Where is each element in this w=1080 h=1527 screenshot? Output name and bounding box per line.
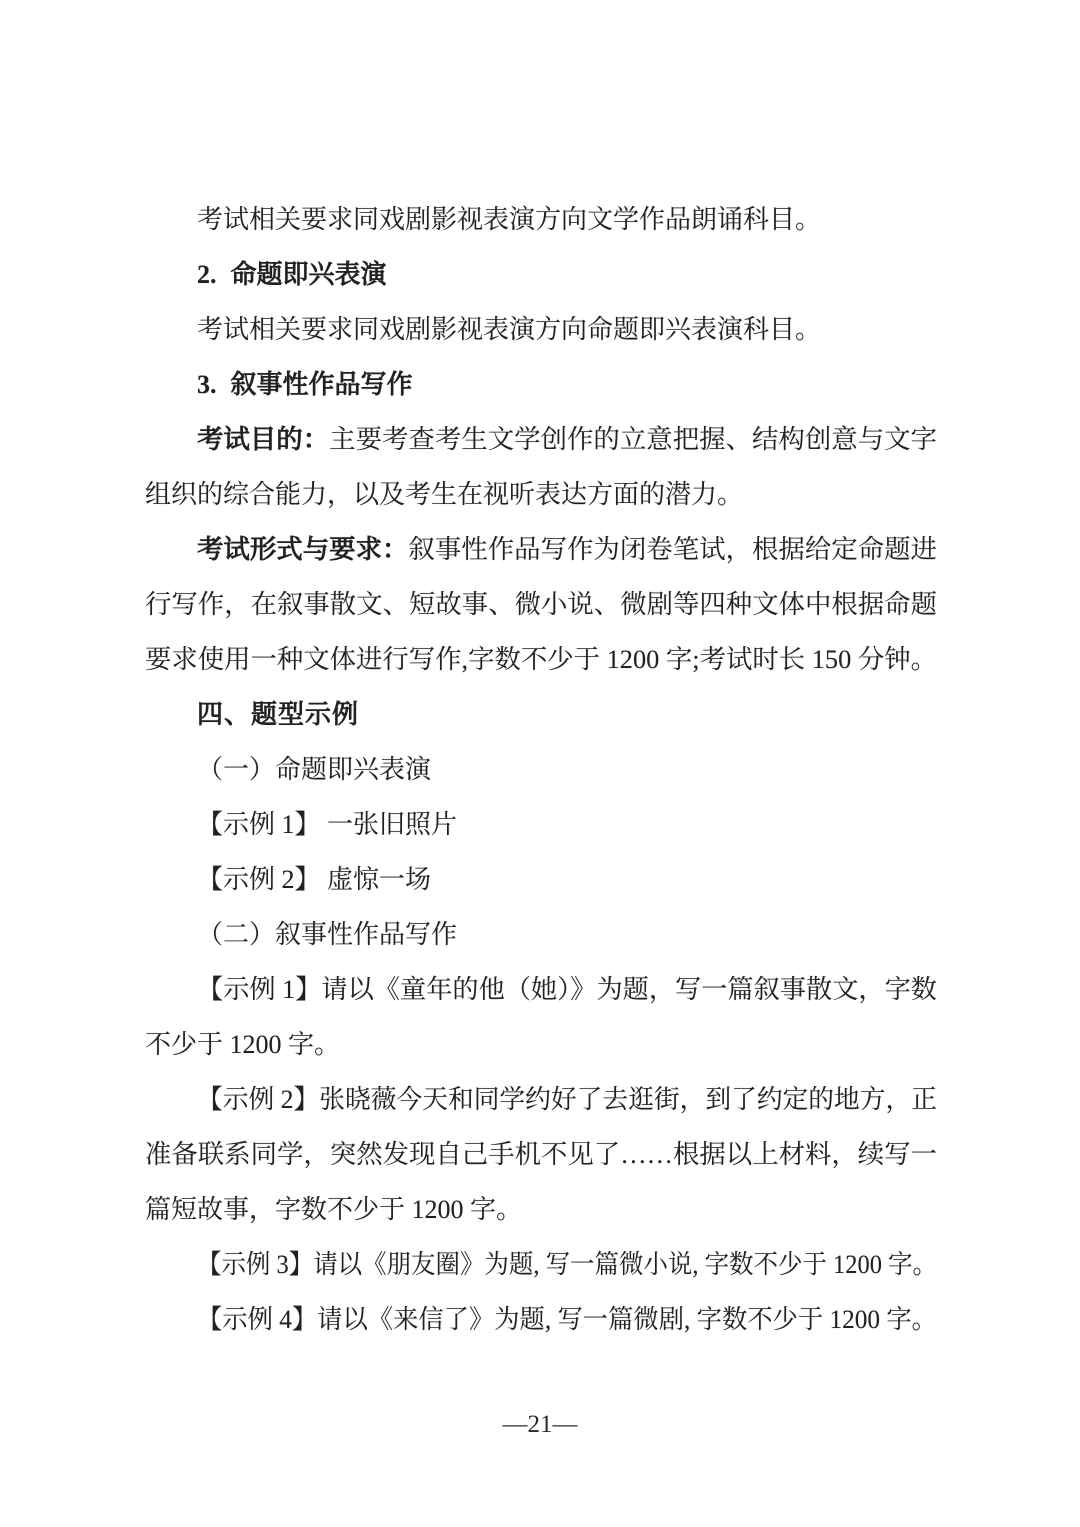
text-line: 【示例 1】 一张旧照片 <box>145 797 937 852</box>
text-line: 【示例 1】请以《童年的他（她）》为题，写一篇叙事散文，字数 <box>145 962 937 1017</box>
text-line: 组织的综合能力，以及考生在视听表达方面的潜力。 <box>145 467 937 522</box>
text-line: 考试相关要求同戏剧影视表演方向命题即兴表演科目。 <box>145 302 937 357</box>
text-line: 【示例 3】请以《朋友圈》为题, 写一篇微小说, 字数不少于 1200 字。 <box>145 1237 937 1292</box>
text-line: 考试形式与要求：叙事性作品写作为闭卷笔试，根据给定命题进 <box>145 522 937 577</box>
text-line: 准备联系同学，突然发现自己手机不见了……根据以上材料，续写一 <box>145 1127 937 1182</box>
text-line: 要求使用一种文体进行写作,字数不少于 1200 字;考试时长 150 分钟。 <box>145 632 937 687</box>
text-line: （一）命题即兴表演 <box>145 742 937 797</box>
page-number: —21— <box>0 1405 1080 1445</box>
bold-label: 考试形式与要求： <box>197 535 408 564</box>
text-line: 【示例 2】张晓薇今天和同学约好了去逛街，到了约定的地方，正 <box>145 1072 937 1127</box>
text-line: 不少于 1200 字。 <box>145 1017 937 1072</box>
bold-label: 考试目的： <box>197 425 329 454</box>
text-line: （二）叙事性作品写作 <box>145 907 937 962</box>
text-line: 行写作，在叙事散文、短故事、微小说、微剧等四种文体中根据命题 <box>145 577 937 632</box>
heading-line: 四、题型示例 <box>145 687 937 742</box>
text-line: 【示例 4】请以《来信了》为题, 写一篇微剧, 字数不少于 1200 字。 <box>145 1292 937 1347</box>
document-page: 考试相关要求同戏剧影视表演方向文学作品朗诵科目。2.命题即兴表演考试相关要求同戏… <box>0 0 1080 1527</box>
text-line: 【示例 2】 虚惊一场 <box>145 852 937 907</box>
text-line: 篇短故事，字数不少于 1200 字。 <box>145 1182 937 1237</box>
text-line: 考试目的：主要考查考生文学创作的立意把握、结构创意与文字 <box>145 412 937 467</box>
text-line: 考试相关要求同戏剧影视表演方向文学作品朗诵科目。 <box>145 192 937 247</box>
heading-line: 2.命题即兴表演 <box>145 247 937 302</box>
heading-line: 3.叙事性作品写作 <box>145 357 937 412</box>
list-number: 3. <box>197 357 217 412</box>
document-body: 考试相关要求同戏剧影视表演方向文学作品朗诵科目。2.命题即兴表演考试相关要求同戏… <box>145 192 937 1347</box>
list-number: 2. <box>197 247 217 302</box>
